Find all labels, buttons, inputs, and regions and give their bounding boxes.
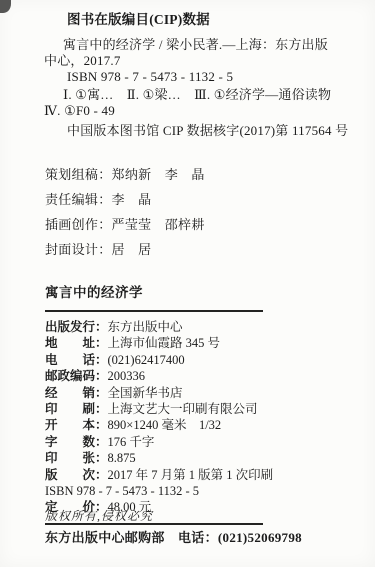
- copyright-notice: 版权所有,侵权必究: [45, 509, 302, 524]
- colophon-row-edition: 版 次：2017 年 7 月第 1 版第 1 次印刷: [45, 467, 263, 483]
- cip-record-number-line: 中国版本图书馆 CIP 数据核字(2017)第 117564 号: [67, 123, 355, 139]
- colophon-row-phone: 电 话：(021)62417400: [45, 352, 263, 368]
- cip-title-line-continuation: 中心，2017.7: [44, 53, 355, 69]
- row-label: 版 次：: [45, 468, 108, 482]
- mail-order-line: 东方出版中心邮购部 电话：(021)52069798: [45, 527, 302, 546]
- copyright-page: 图书在版编目(CIP)数据 寓言中的经济学 / 梁小民著.—上海：东方出版 中心…: [0, 0, 375, 567]
- row-label: 出版发行：: [45, 320, 108, 334]
- credit-value: 严莹莹 邵梓耕: [112, 217, 205, 232]
- credit-value: 郑纳新 李 晶: [112, 167, 205, 182]
- row-value: 2017 年 7 月第 1 版第 1 次印刷: [108, 468, 274, 482]
- row-label: 印 张：: [45, 451, 108, 465]
- colophon-row-format: 开 本：890×1240 毫米 1/32: [45, 417, 263, 433]
- credit-row-cover-design: 封面设计：居 居: [45, 237, 205, 262]
- row-value: 东方出版中心: [108, 320, 183, 334]
- row-label: 邮政编码：: [45, 369, 108, 383]
- credit-row-illustration: 插画创作：严莹莹 邵梓耕: [45, 212, 205, 237]
- row-value: 890×1240 毫米 1/32: [108, 418, 222, 432]
- row-label: 地 址：: [45, 336, 108, 350]
- credits-block: 策划组稿：郑纳新 李 晶 责任编辑：李 晶 插画创作：严莹莹 邵梓耕 封面设计：…: [45, 162, 205, 262]
- cip-classification-line: Ⅰ. ①寓… Ⅱ. ①梁… Ⅲ. ①经济学—通俗读物: [63, 87, 355, 103]
- row-value: (021)62417400: [108, 353, 185, 367]
- credit-label: 封面设计：: [45, 242, 112, 257]
- scan-artifact: [0, 0, 11, 13]
- credit-value: 李 晶: [112, 192, 152, 207]
- cip-heading: 图书在版编目(CIP)数据: [67, 12, 355, 28]
- row-label: 开 本：: [45, 418, 108, 432]
- credit-value: 居 居: [112, 242, 152, 257]
- credit-label: 插画创作：: [45, 217, 112, 232]
- colophon-rows: 出版发行：东方出版中心 地 址：上海市仙霞路 345 号 电 话：(021)62…: [45, 319, 263, 516]
- footer-block: 版权所有,侵权必究 东方出版中心邮购部 电话：(021)52069798: [45, 509, 302, 546]
- row-value: 176 千字: [108, 435, 155, 449]
- row-value: 全国新华书店: [108, 386, 183, 400]
- row-value: 8.875: [108, 451, 136, 465]
- cip-classification-continuation: Ⅳ. ①F0 - 49: [44, 103, 355, 119]
- colophon-row-printer: 印 刷：上海文艺大一印刷有限公司: [45, 401, 263, 417]
- cip-block: 图书在版编目(CIP)数据 寓言中的经济学 / 梁小民著.—上海：东方出版 中心…: [44, 12, 355, 139]
- row-value: 200336: [108, 369, 146, 383]
- colophon-row-publisher: 出版发行：东方出版中心: [45, 319, 263, 335]
- row-value: ISBN 978 - 7 - 5473 - 1132 - 5: [45, 484, 199, 498]
- colophon-row-address: 地 址：上海市仙霞路 345 号: [45, 335, 263, 351]
- row-value: 上海市仙霞路 345 号: [108, 336, 221, 350]
- book-title: 寓言中的经济学: [45, 281, 263, 301]
- credit-label: 责任编辑：: [45, 192, 112, 207]
- row-label: 电 话：: [45, 353, 108, 367]
- cip-title-line: 寓言中的经济学 / 梁小民著.—上海：东方出版: [63, 37, 355, 53]
- row-value: 上海文艺大一印刷有限公司: [108, 402, 258, 416]
- credit-label: 策划组稿：: [45, 167, 112, 182]
- row-label: 经 销：: [45, 386, 108, 400]
- colophon-row-isbn: ISBN 978 - 7 - 5473 - 1132 - 5: [45, 483, 263, 499]
- colophon-row-postal-code: 邮政编码：200336: [45, 368, 263, 384]
- colophon-block: 寓言中的经济学 出版发行：东方出版中心 地 址：上海市仙霞路 345 号 电 话…: [45, 281, 263, 525]
- credit-row-planning: 策划组稿：郑纳新 李 晶: [45, 162, 205, 187]
- cip-isbn-line: ISBN 978 - 7 - 5473 - 1132 - 5: [67, 69, 355, 85]
- colophon-row-distribution: 经 销：全国新华书店: [45, 385, 263, 401]
- colophon-row-sheets: 印 张：8.875: [45, 450, 263, 466]
- rule-top: [45, 310, 263, 312]
- row-label: 印 刷：: [45, 402, 108, 416]
- credit-row-editor: 责任编辑：李 晶: [45, 187, 205, 212]
- colophon-row-word-count: 字 数：176 千字: [45, 434, 263, 450]
- row-label: 字 数：: [45, 435, 108, 449]
